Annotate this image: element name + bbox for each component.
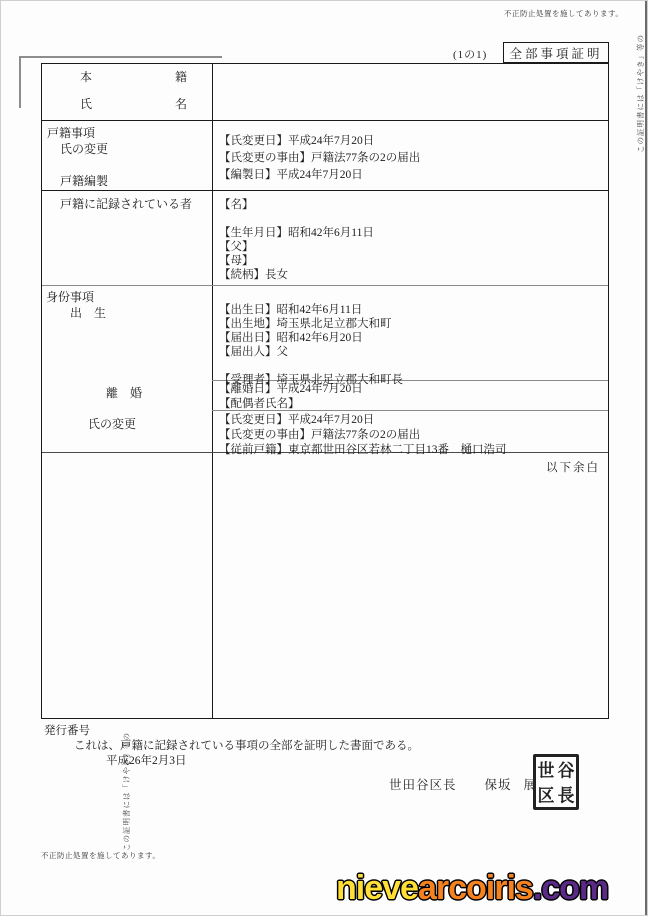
mayor-family-name: 保坂 — [485, 778, 512, 792]
issuer-title: 世田谷区長 — [389, 778, 457, 792]
issuer-line: 世田谷区長保坂展人 — [389, 775, 551, 793]
watermark-part2: arcoiris — [418, 869, 533, 907]
entry-line: 【届出日】昭和42年6月20日 — [219, 331, 604, 345]
entry-line: 【氏変更の事由】戸籍法77条の2の届出 — [219, 428, 604, 443]
label-birth: 出 生 — [70, 304, 106, 321]
column-divider — [212, 64, 213, 718]
entry-line: 【母】 — [219, 254, 604, 268]
watermark-part3: .com — [533, 869, 608, 907]
entry-line: 【出生地】埼玉県北足立郡大和町 — [219, 317, 604, 331]
label-divorce: 離 婚 — [106, 384, 142, 401]
entry-line: 【配偶者氏名】 — [219, 397, 604, 412]
row-divider-2 — [42, 190, 608, 191]
entry-line: 【届出人】父 — [219, 345, 604, 359]
entry-line: 【氏変更の事由】戸籍法77条の2の届出 — [219, 150, 604, 167]
entry-line: 【続柄】長女 — [219, 268, 604, 282]
issue-number-label: 発行番号 — [44, 722, 90, 738]
row-divider-1 — [42, 120, 608, 121]
koseki-jiko-entries: 【氏変更日】平成24年7月20日 【氏変更の事由】戸籍法77条の2の届出 【編製… — [219, 133, 604, 184]
site-watermark: nievearcoiris.com — [336, 869, 608, 908]
row-divider-3 — [42, 285, 608, 286]
watermark-part1: nieve — [336, 869, 418, 907]
page-indicator: (1の1) — [453, 46, 487, 62]
anti-fraud-notice-left-vertical: この証明書には「けやき」等の — [121, 732, 132, 851]
seal-char: 区 — [536, 781, 557, 809]
entry-line: 【従前戸籍】東京都世田谷区若林二丁目13番 樋口浩司 — [219, 443, 604, 458]
entry-line: 【離婚日】平成24年7月20日 — [219, 382, 604, 397]
shimei-label-char2: 名 — [175, 95, 187, 112]
anti-fraud-notice-top: 不正防止処置を施してあります。 — [504, 8, 623, 19]
entry-line: 【名】 — [219, 198, 604, 212]
anti-fraud-notice-bottom: 不正防止処置を施してあります。 — [41, 850, 160, 861]
corner-mark-horizontal — [19, 56, 222, 58]
seal-char: 世 — [536, 756, 557, 784]
entry-line: 【氏変更日】平成24年7月20日 — [219, 133, 604, 150]
label-koseki-hensei: 戸籍編製 — [60, 172, 108, 189]
anti-fraud-notice-right-vertical: この証明書には「けやき」等の — [635, 34, 646, 153]
issue-date: 平成26年2月3日 — [106, 752, 187, 768]
entry-line: 【氏変更日】平成24年7月20日 — [219, 413, 604, 428]
entry-line: 【父】 — [219, 240, 604, 254]
corner-mark-vertical — [19, 56, 21, 108]
seal-char: 谷 — [556, 756, 577, 784]
name-change-entries: 【氏変更日】平成24年7月20日 【氏変更の事由】戸籍法77条の2の届出 【従前… — [219, 413, 604, 458]
entry-line: 【出生日】昭和42年6月11日 — [219, 303, 604, 317]
entry-line — [219, 212, 604, 226]
birth-entries: 【出生日】昭和42年6月11日 【出生地】埼玉県北足立郡大和町 【届出日】昭和4… — [219, 303, 604, 387]
shimei-label-char1: 氏 — [80, 95, 92, 112]
recorded-person-entries: 【名】 【生年月日】昭和42年6月11日 【父】 【母】 【続柄】長女 — [219, 198, 604, 282]
entry-line — [219, 359, 604, 373]
entry-line: 【生年月日】昭和42年6月11日 — [219, 226, 604, 240]
certificate-title: 全部事項証明 — [503, 42, 609, 63]
section-mibun-jiko-label: 身份事項 — [46, 288, 94, 305]
remainder-blank-note: 以下余白 — [546, 459, 600, 475]
official-seal: 世 谷 区 長 — [533, 754, 579, 810]
seal-char: 長 — [556, 781, 577, 809]
label-name-change: 氏の変更 — [88, 415, 136, 432]
honseki-label-char2: 籍 — [175, 68, 187, 85]
recorded-person-label: 戸籍に記録されている者 — [60, 195, 192, 212]
entry-line: 【編製日】平成24年7月20日 — [219, 167, 604, 184]
register-table: 本 籍 氏 名 戸籍事項 氏の変更 戸籍編製 【氏変更日】平成24年7月20日 … — [41, 63, 609, 719]
honseki-label-char1: 本 — [80, 68, 92, 85]
label-shi-no-henko: 氏の変更 — [60, 140, 108, 157]
divorce-entries: 【離婚日】平成24年7月20日 【配偶者氏名】 — [219, 382, 604, 412]
koseki-certificate-page: 不正防止処置を施してあります。 この証明書には「けやき」等の (1の1) 全部事… — [0, 0, 648, 916]
section-koseki-jiko-label: 戸籍事項 — [47, 124, 95, 141]
